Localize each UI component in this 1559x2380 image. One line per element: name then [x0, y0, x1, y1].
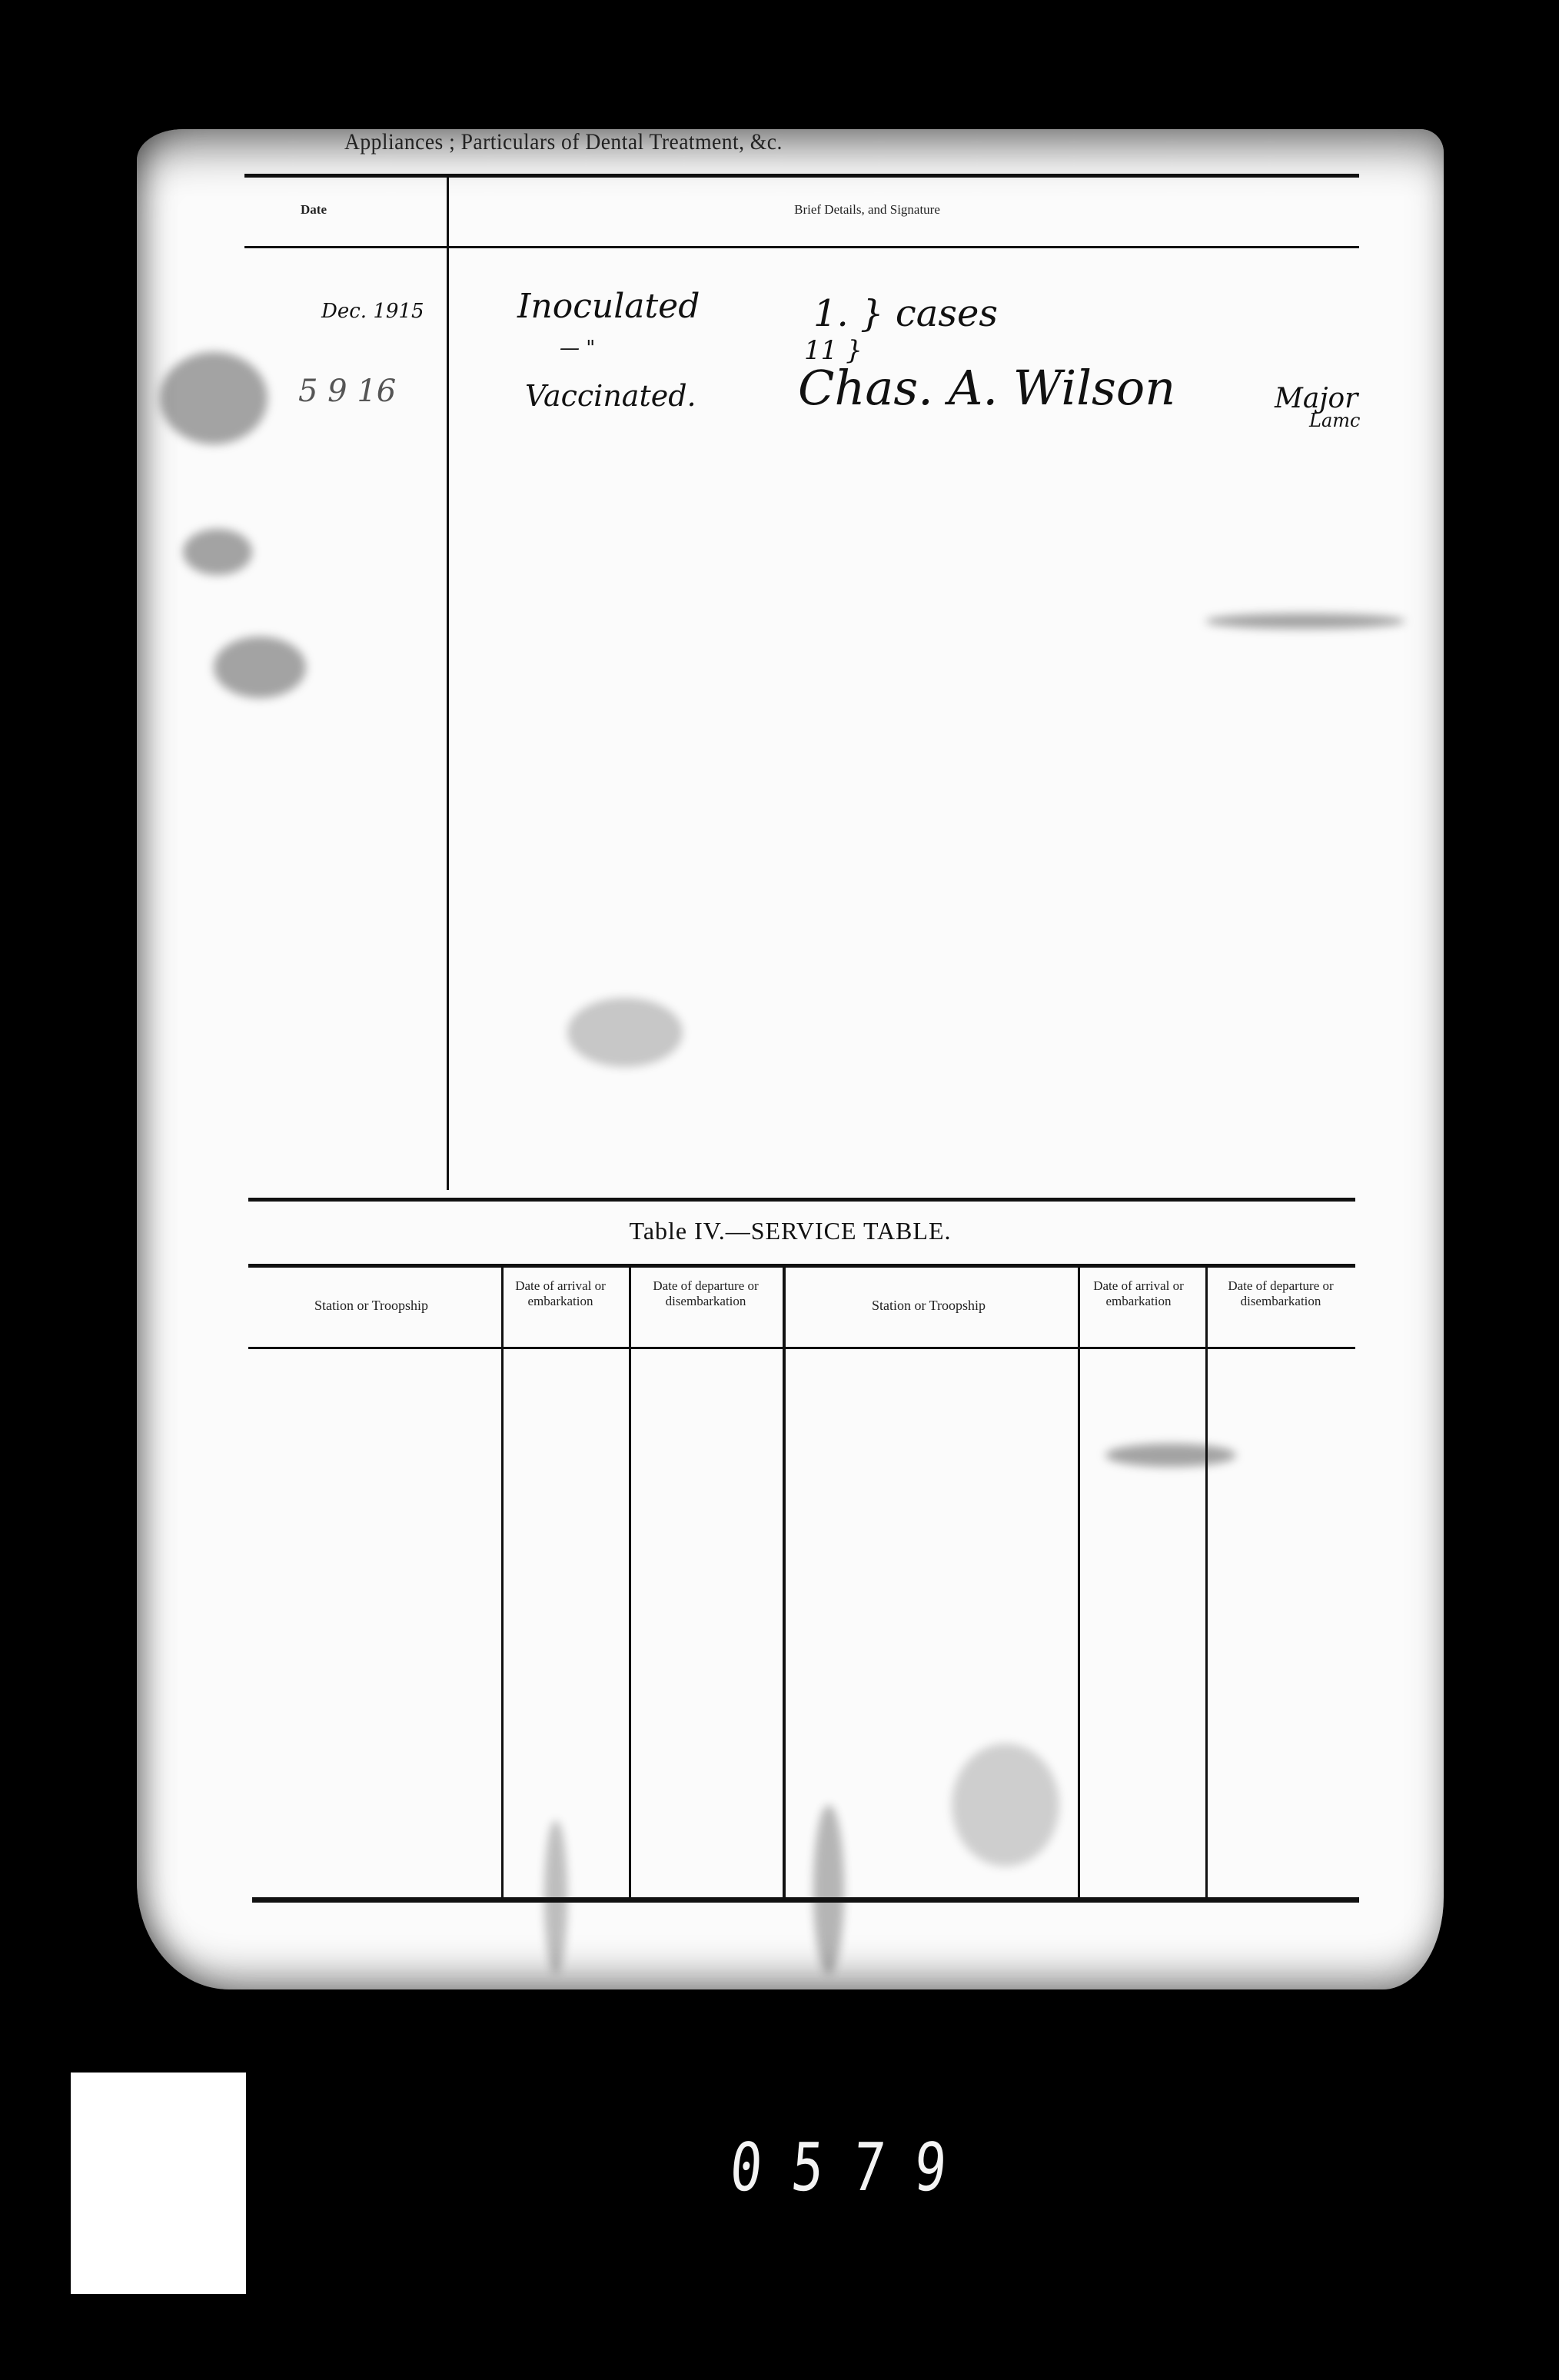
- ditto-mark: — ": [560, 337, 595, 360]
- service-col-arrival-2: Date of arrival or embarkation: [1081, 1278, 1196, 1309]
- service-col-arrival-1: Date of arrival or embarkation: [503, 1278, 618, 1309]
- stain: [183, 529, 252, 575]
- column-header-details: Brief Details, and Signature: [675, 202, 1059, 218]
- stain: [1205, 613, 1405, 629]
- stain: [214, 637, 306, 698]
- service-divider-3: [1078, 1267, 1080, 1897]
- microfilm-target-card: [71, 2073, 246, 2294]
- entry-1-date: Dec. 1915: [321, 300, 424, 323]
- document-page: Appliances ; Particulars of Dental Treat…: [137, 129, 1444, 1989]
- service-table-top-rule: [248, 1264, 1355, 1268]
- entry-1-note: 1. } cases: [813, 292, 998, 335]
- column-header-date: Date: [275, 202, 352, 218]
- stain: [952, 1743, 1059, 1866]
- signature-unit: Lamc: [1309, 410, 1360, 431]
- entry-2-detail: Vaccinated.: [525, 379, 696, 413]
- section-title: Appliances ; Particulars of Dental Treat…: [344, 129, 783, 155]
- entry-2-date: 5 9 16: [298, 374, 396, 409]
- signature: Chas. A. Wilson: [798, 360, 1175, 416]
- stain: [813, 1805, 844, 1974]
- service-col-station-2: Station or Troopship: [786, 1298, 1071, 1313]
- treatment-table-header-rule: [244, 246, 1359, 248]
- treatment-date-column-divider: [447, 175, 449, 1190]
- frame-number: 0579: [727, 2129, 979, 2206]
- treatment-table-bottom-rule: [248, 1198, 1355, 1202]
- service-table-title: Table IV.—SERVICE TABLE.: [137, 1217, 1444, 1245]
- entry-1-detail: Inoculated: [517, 287, 700, 326]
- treatment-table-top-rule: [244, 174, 1359, 178]
- service-col-departure-1: Date of departure or disembarkation: [633, 1278, 779, 1309]
- service-divider-4: [1205, 1267, 1208, 1897]
- service-col-station-1: Station or Troopship: [252, 1298, 490, 1313]
- stain: [160, 352, 268, 444]
- stain: [567, 998, 683, 1067]
- service-divider-center: [783, 1267, 786, 1897]
- service-table-header-rule: [248, 1347, 1355, 1349]
- stain: [1105, 1444, 1236, 1467]
- service-col-departure-2: Date of departure or disembarkation: [1208, 1278, 1354, 1309]
- service-table-bottom-rule: [252, 1897, 1359, 1903]
- service-divider-1: [501, 1267, 504, 1897]
- service-divider-2: [629, 1267, 631, 1897]
